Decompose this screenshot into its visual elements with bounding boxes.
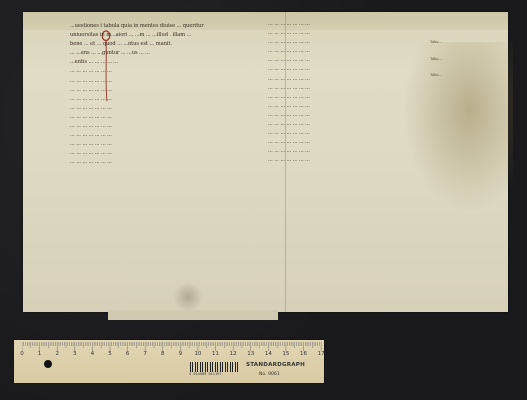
manuscript-line: uniuersitas in m...aiori ... ...m ... ..…	[70, 31, 248, 40]
ruler-number: 0	[20, 351, 24, 357]
manuscript-line: ... ... ... ... ... ... ...	[268, 75, 418, 84]
ruler-number: 16	[300, 351, 307, 357]
manuscript-line: ... ... ... ... ... ... ...	[268, 47, 418, 56]
manuscript-line: ... ... ... ... ... ... ...	[268, 120, 418, 129]
water-stain	[403, 42, 513, 212]
ruler-hanging-hole	[44, 360, 52, 368]
manuscript-line: ... ... ... ... ... ... ...	[268, 93, 418, 102]
ruler-number: 12	[230, 351, 237, 357]
margin-note: Tabu...	[430, 73, 442, 78]
ruler-number: 8	[161, 351, 165, 357]
manuscript-line: ... ... ... ... ... ... ...	[70, 95, 248, 104]
ruler-number: 10	[194, 351, 201, 357]
manuscript-line: ... ... ... ... ... ... ...	[70, 131, 248, 140]
manuscript-line: ... ... ... ... ... ... ...	[268, 111, 418, 120]
barcode-number: 4 014509 011197	[189, 372, 221, 376]
margin-notes: Tabu...Tabu...Tabu...	[430, 40, 442, 90]
ruler-number: 15	[282, 351, 289, 357]
ruler-number: 5	[108, 351, 112, 357]
manuscript-line: ... ... ... ... ... ... ...	[70, 77, 248, 86]
manuscript-line: ... ... ... ... ... ... ...	[268, 65, 418, 74]
manuscript-line: ... ... ... ... ... ... ...	[70, 158, 248, 167]
manuscript-line: ... ... ... ... ... ... ...	[268, 129, 418, 138]
manuscript-line: ...entis ... ... ... ... ...	[70, 58, 248, 67]
manuscript-line: ... ...ens ... ...guntur ... ...us ... .…	[70, 49, 248, 58]
manuscript-line: ... ... ... ... ... ... ...	[70, 67, 248, 76]
ruler-number: 2	[55, 351, 59, 357]
margin-note: Tabu...	[430, 57, 442, 62]
manuscript-line: ... ... ... ... ... ... ...	[268, 38, 418, 47]
ruler-number: 1	[38, 351, 42, 357]
manuscript-line: ... ... ... ... ... ... ...	[268, 56, 418, 65]
manuscript-line: ... ... ... ... ... ... ...	[70, 113, 248, 122]
ruler-number: 6	[126, 351, 130, 357]
manuscript-line: ... ... ... ... ... ... ...	[70, 122, 248, 131]
small-stain	[173, 282, 203, 312]
ruler-number: 11	[212, 351, 219, 357]
manuscript-line: ... ... ... ... ... ... ...	[268, 29, 418, 38]
manuscript-line: bene ... et ... quod ... ...ntus est ...…	[70, 40, 248, 49]
barcode	[190, 362, 238, 372]
ruler-number: 4	[91, 351, 95, 357]
right-text-column: ... ... ... ... ... ... ...... ... ... .…	[268, 20, 418, 166]
parchment-bottom-tab	[108, 310, 278, 320]
manuscript-line: ... ... ... ... ... ... ...	[70, 86, 248, 95]
manuscript-line: ... ... ... ... ... ... ...	[268, 20, 418, 29]
ruler-number: 13	[247, 351, 254, 357]
ruler-number: 7	[143, 351, 147, 357]
manuscript-line: ... ... ... ... ... ... ...	[70, 140, 248, 149]
ruler-model: No. 9061	[259, 372, 280, 377]
ruler-number: 17	[318, 351, 325, 357]
manuscript-line: ... ... ... ... ... ... ...	[268, 138, 418, 147]
manuscript-line: ... ... ... ... ... ... ...	[268, 84, 418, 93]
margin-note: Tabu...	[430, 40, 442, 45]
manuscript-line: ... ... ... ... ... ... ...	[268, 102, 418, 111]
ruler-numbers: 01234567891011121314151617	[22, 351, 322, 359]
manuscript-line: ... ... ... ... ... ... ...	[70, 149, 248, 158]
ruler-number: 14	[265, 351, 272, 357]
left-text-column: ...uestiones i tabula quia in mentes diu…	[70, 22, 248, 168]
ruler-brand: STANDARDGRAPH	[246, 362, 305, 368]
ruler-number: 3	[73, 351, 77, 357]
manuscript-line: ...uestiones i tabula quia in mentes diu…	[70, 22, 248, 31]
manuscript-line: ... ... ... ... ... ... ...	[70, 104, 248, 113]
manuscript-line: ... ... ... ... ... ... ...	[268, 147, 418, 156]
manuscript-line: ... ... ... ... ... ... ...	[268, 156, 418, 165]
ruler-number: 9	[179, 351, 183, 357]
